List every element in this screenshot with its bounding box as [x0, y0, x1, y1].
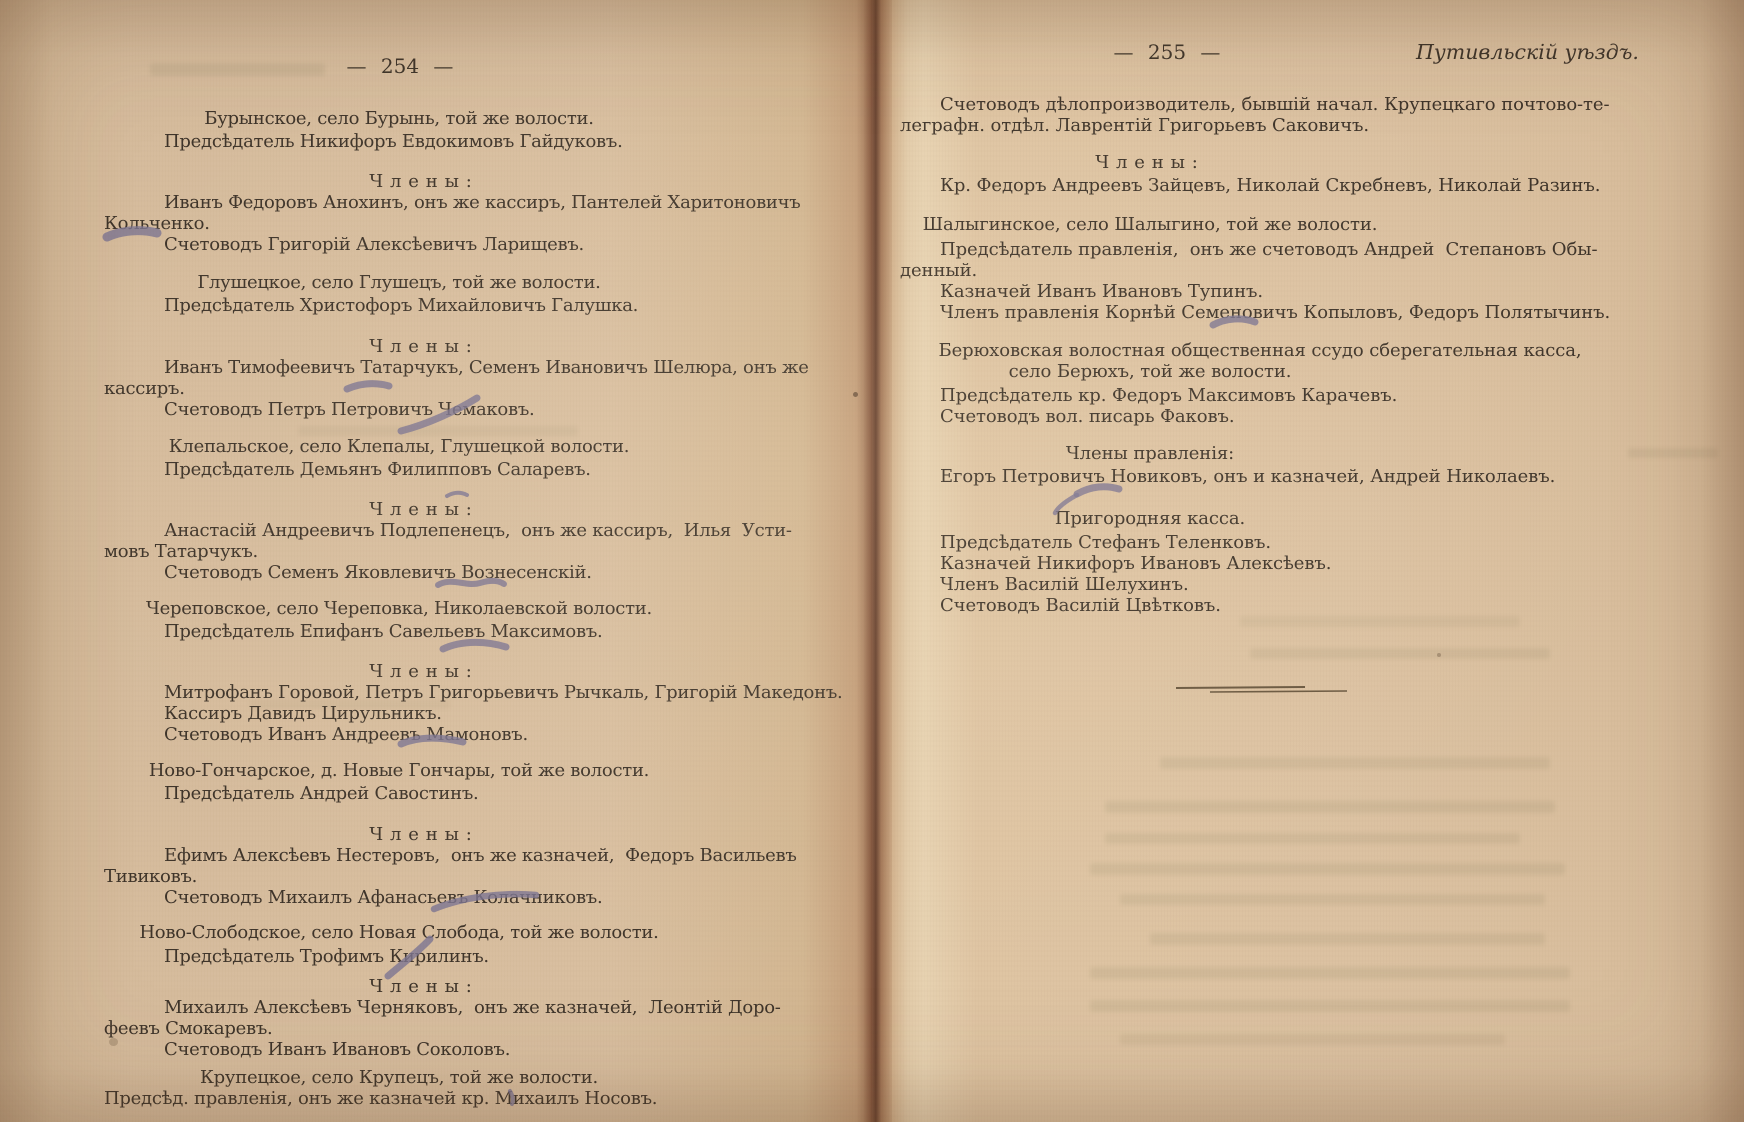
- section-heading: Шалыгинское, село Шалыгино, той же волос…: [900, 214, 1620, 235]
- section-heading: Крупецкое, село Крупецъ, той же волости.: [104, 1067, 784, 1088]
- section-heading: Ново-Гончарское, д. Новые Гончары, той ж…: [104, 760, 784, 781]
- continuation-line: леграфн. отдѣл. Лаврентій Григорьевъ Сак…: [900, 115, 1620, 136]
- continuation-line: мовъ Татарчукъ.: [104, 541, 784, 562]
- body-line: Членъ правленія Корнѣй Семеновичъ Копыло…: [900, 302, 1620, 323]
- section-heading: Череповское, село Череповка, Николаевско…: [104, 598, 784, 619]
- body-line: Счетоводъ Иванъ Андреевъ Мамоновъ.: [104, 724, 784, 745]
- body-line: Казначей Никифоръ Ивановъ Алексѣевъ.: [900, 553, 1620, 574]
- body-line: Кассиръ Давидъ Цирульникъ.: [104, 703, 784, 724]
- body-line: Счетоводъ Семенъ Яковлевичъ Вознесенскій…: [104, 562, 784, 583]
- members-heading: Члены:: [104, 171, 784, 192]
- members-heading: Члены:: [104, 336, 784, 357]
- section-heading: Глушецкое, село Глушецъ, той же волости.: [104, 272, 784, 293]
- body-line: Предсѣдатель Андрей Савостинъ.: [104, 783, 784, 804]
- section-heading: Берюховская волостная общественная ссудо…: [900, 340, 1620, 361]
- body-line: Казначей Иванъ Ивановъ Тупинъ.: [900, 281, 1620, 302]
- body-line: Предсѣдатель кр. Федоръ Максимовъ Караче…: [900, 385, 1620, 406]
- body-line: Предсѣд. правленія, онъ же казначей кр. …: [104, 1088, 784, 1109]
- body-line: Членъ Василій Шелухинъ.: [900, 574, 1620, 595]
- page-number-right: — 255 —: [1087, 40, 1247, 64]
- body-line: Предсѣдатель Епифанъ Савельевъ Максимовъ…: [104, 621, 784, 642]
- body-line: Предсѣдатель правленія, онъ же счетоводъ…: [900, 239, 1620, 260]
- body-line: Счетоводъ вол. писарь Факовъ.: [900, 406, 1620, 427]
- continuation-line: денный.: [900, 260, 1620, 281]
- body-line: Счетоводъ Петръ Петровичъ Чемаковъ.: [104, 399, 784, 420]
- body-line: Предсѣдатель Трофимъ Кирилинъ.: [104, 946, 784, 967]
- body-line: Предсѣдатель Стефанъ Теленковъ.: [900, 532, 1620, 553]
- body-line: Предсѣдатель Демьянъ Филипповъ Саларевъ.: [104, 459, 784, 480]
- page-number-left: — 254 —: [320, 54, 480, 78]
- body-line: Михаилъ Алексѣевъ Черняковъ, онъ же казн…: [104, 997, 784, 1018]
- continuation-line: кассиръ.: [104, 378, 784, 399]
- continuation-line: Кольченко.: [104, 213, 784, 234]
- members-heading: Члены:: [900, 152, 1620, 173]
- members-heading: Члены:: [104, 976, 784, 997]
- page-right-text: Счетоводъ дѣлопроизводитель, бывшій нача…: [900, 94, 1620, 616]
- members-heading: Члены:: [104, 499, 784, 520]
- running-title: Путивльскій уѣздъ.: [1416, 40, 1696, 64]
- members-heading: Члены правленія:: [900, 443, 1620, 464]
- page-left-text: Бурынское, село Бурынь, той же волости. …: [104, 108, 784, 1109]
- continuation-line: феевъ Смокаревъ.: [104, 1018, 784, 1039]
- body-line: Егоръ Петровичъ Новиковъ, онъ и казначей…: [900, 466, 1620, 487]
- section-heading: село Берюхъ, той же волости.: [900, 361, 1620, 382]
- body-line: Счетоводъ Василій Цвѣтковъ.: [900, 595, 1620, 616]
- body-line: Счетоводъ Григорій Алексѣевичъ Ларищевъ.: [104, 234, 784, 255]
- body-line: Иванъ Федоровъ Анохинъ, онъ же кассиръ, …: [104, 192, 784, 213]
- body-line: Кр. Федоръ Андреевъ Зайцевъ, Николай Скр…: [900, 175, 1620, 196]
- section-heading: Бурынское, село Бурынь, той же волости.: [104, 108, 784, 129]
- body-line: Предсѣдатель Никифоръ Евдокимовъ Гайдуко…: [104, 131, 784, 152]
- body-line: Счетоводъ Иванъ Ивановъ Соколовъ.: [104, 1039, 784, 1060]
- body-line: Анастасій Андреевичъ Подлепенецъ, онъ же…: [104, 520, 784, 541]
- body-line: Иванъ Тимофеевичъ Татарчукъ, Семенъ Иван…: [104, 357, 784, 378]
- section-heading: Пригородняя касса.: [900, 508, 1620, 529]
- body-line: Счетоводъ дѣлопроизводитель, бывшій нача…: [900, 94, 1620, 115]
- body-line: Митрофанъ Горовой, Петръ Григорьевичъ Ры…: [104, 682, 784, 703]
- body-line: Счетоводъ Михаилъ Афанасьевъ Колачниковъ…: [104, 887, 784, 908]
- book-scan: — 254 — — 255 — Путивльскій уѣздъ. Бурын…: [0, 0, 1744, 1122]
- section-heading: Клепальское, село Клепалы, Глушецкой вол…: [104, 436, 784, 457]
- body-line: Предсѣдатель Христофоръ Михайловичъ Галу…: [104, 295, 784, 316]
- section-heading: Ново-Слободское, село Новая Слобода, той…: [104, 922, 784, 943]
- members-heading: Члены:: [104, 824, 784, 845]
- continuation-line: Тивиковъ.: [104, 866, 784, 887]
- members-heading: Члены:: [104, 661, 784, 682]
- body-line: Ефимъ Алексѣевъ Нестеровъ, онъ же казнач…: [104, 845, 784, 866]
